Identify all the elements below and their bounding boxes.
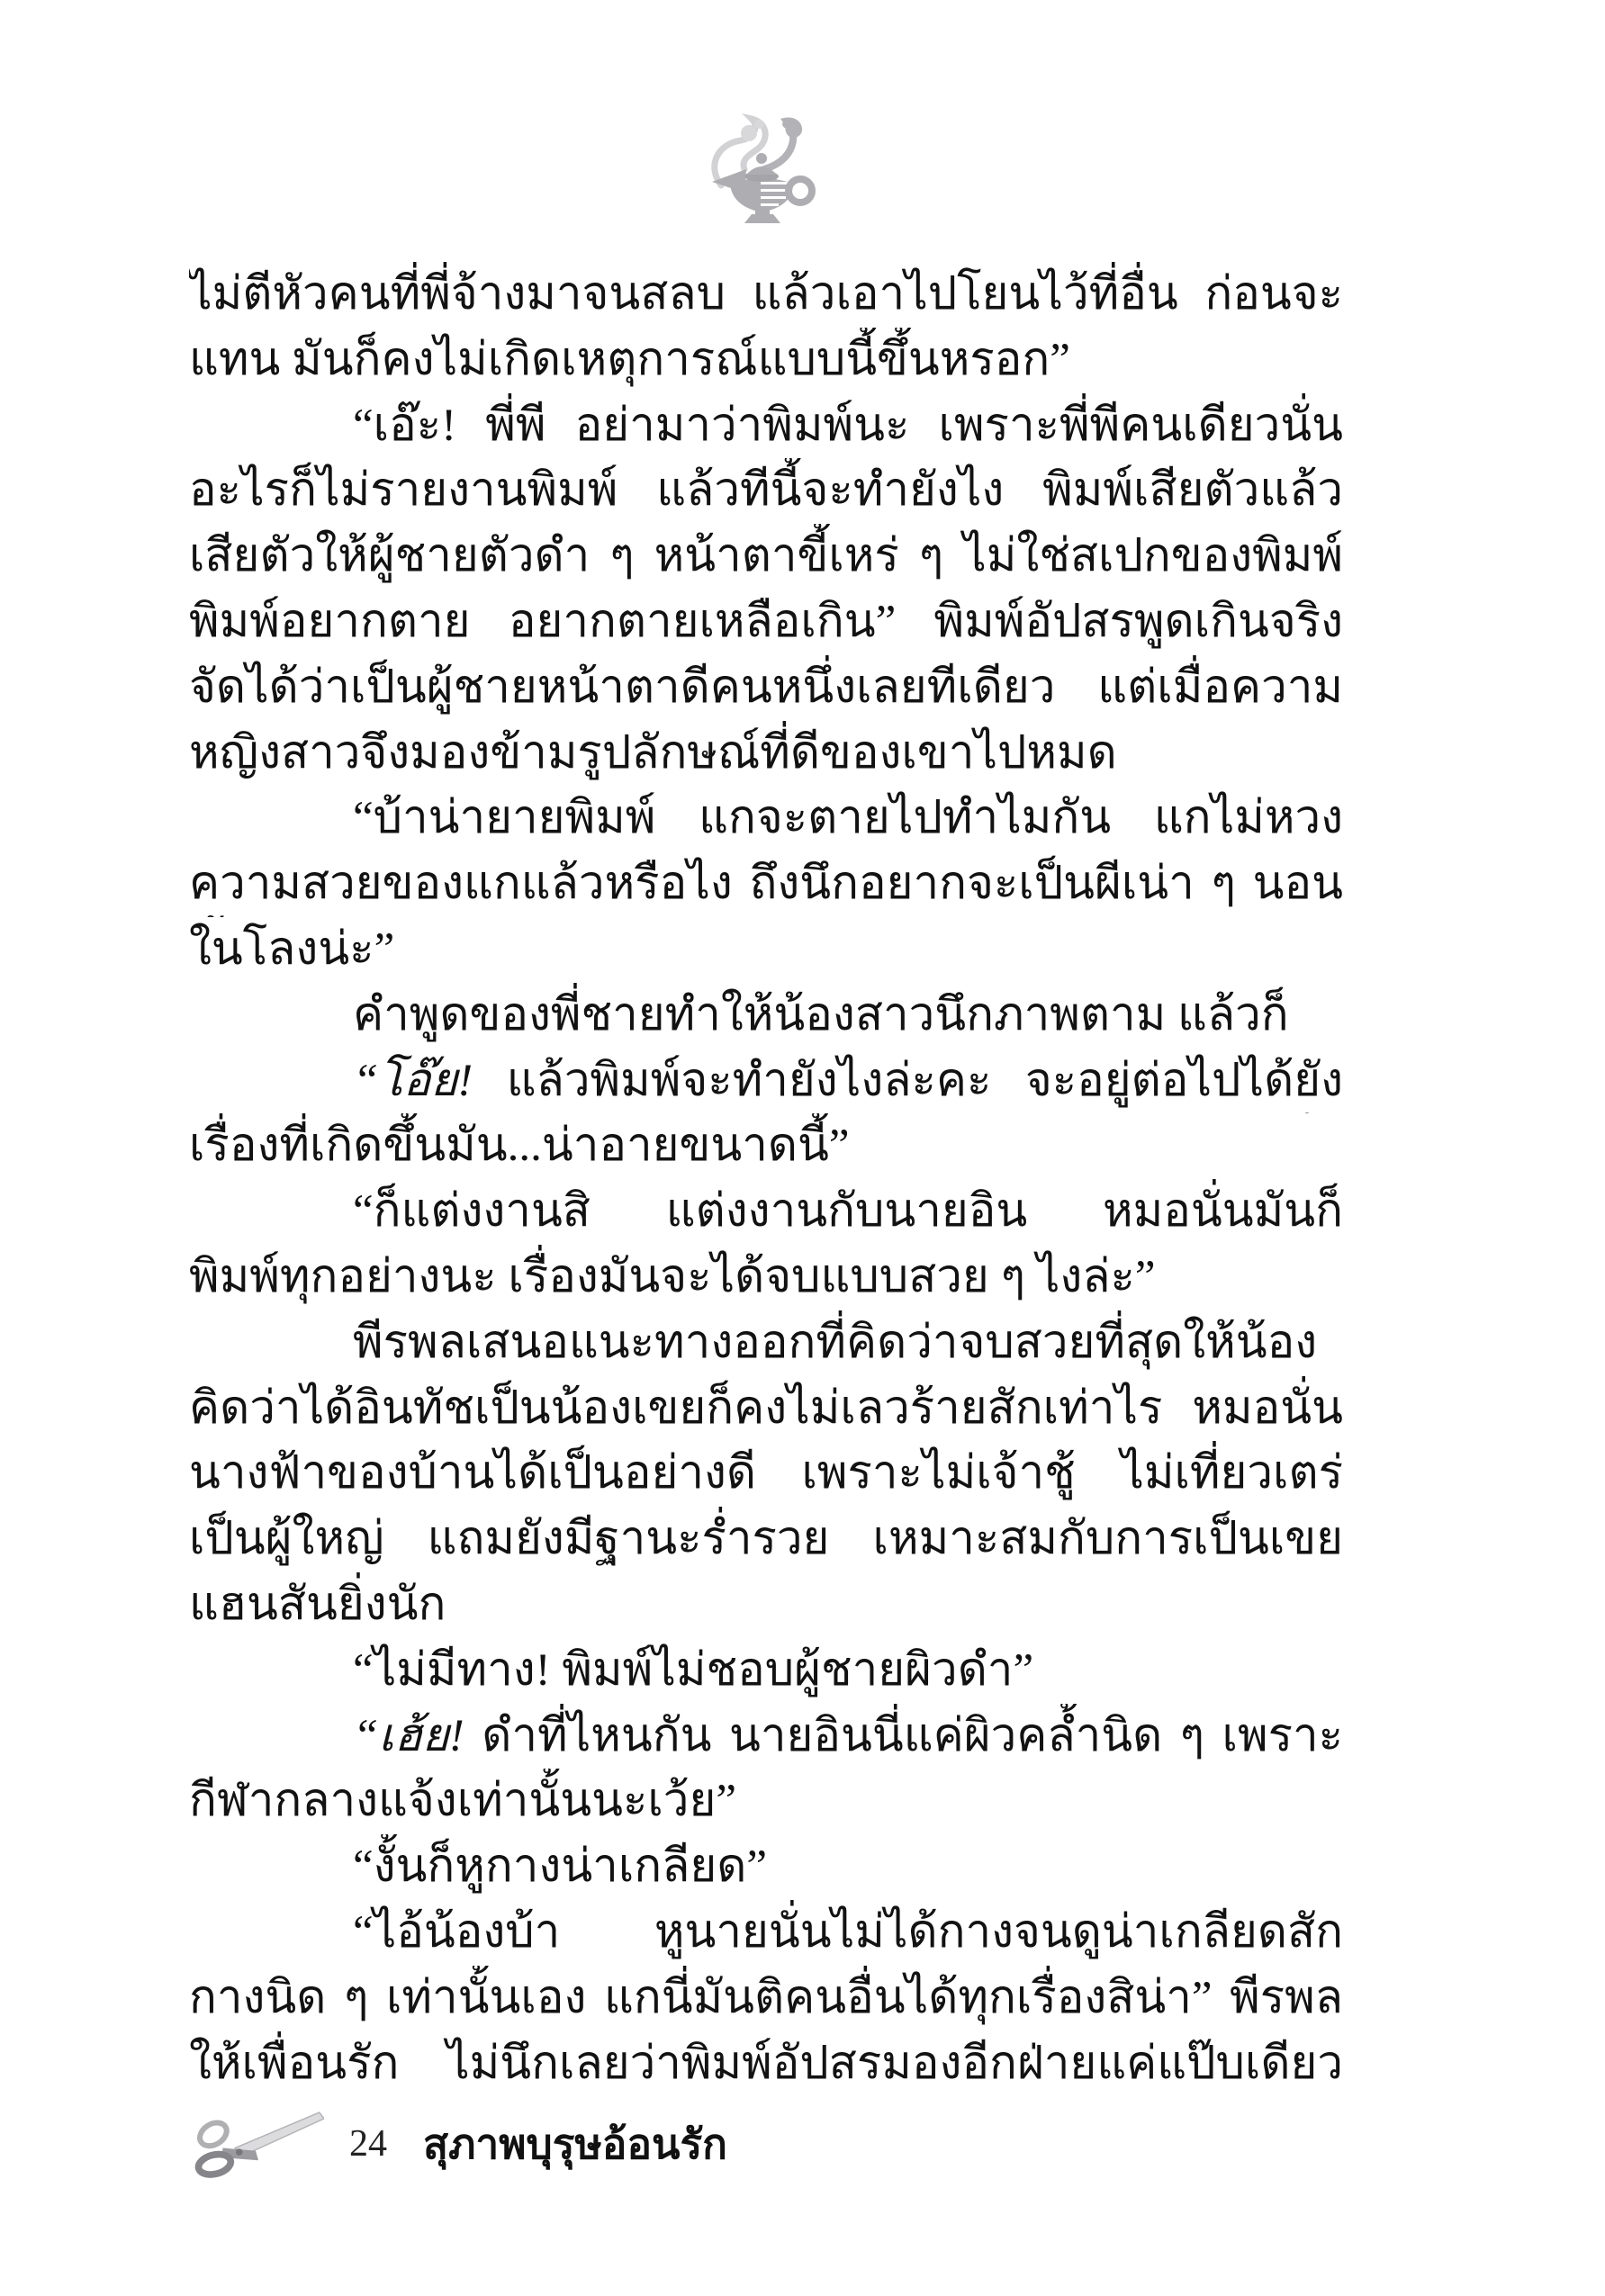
text-line: ความสวยของแกแล้วหรือไง ถึงนึกอยากจะเป็นผ…: [189, 851, 1343, 917]
text-segment: นางฟ้าของบ้านได้เป็นอย่างดี เพราะไม่เจ้า…: [189, 1448, 1343, 1507]
text-line: อะไรก็ไม่รายงานพิมพ์ แล้วทีนี้จะทำยังไง …: [189, 458, 1343, 524]
text-segment: เป็นผู้ใหญ่ แถมยังมีฐานะร่ำรวย เหมาะสมกั…: [189, 1514, 1343, 1572]
text-line: ในโลงน่ะ”: [189, 917, 1343, 983]
book-title: สุภาพบุรุษอ้อนรัก: [423, 2111, 727, 2177]
text-segment: ในโลงน่ะ”: [189, 924, 394, 975]
book-page: ไม่ตีหัวคนที่พี่จ้างมาจนสลบ แล้วเอาไปโยน…: [0, 0, 1605, 2296]
text-segment: หญิงสาวจึงมองข้ามรูปลักษณ์ที่ดีของเขาไปห…: [189, 728, 1117, 779]
text-line: พิมพ์อยากตาย อยากตายเหลือเกิน” พิมพ์อัปส…: [189, 590, 1343, 655]
text-segment: พิมพ์ทุกอย่างนะ เรื่องมันจะได้จบแบบสวย ๆ…: [189, 1252, 1156, 1302]
text-line: “ไม่มีทาง! พิมพ์ไม่ชอบผู้ชายผิวดำ”: [189, 1638, 1343, 1704]
text-segment: “บ้าน่ายายพิมพ์ แกจะตายไปทำไมกัน แกไม่หว…: [353, 793, 1343, 851]
text-line: คิดว่าได้อินทัชเป็นน้องเขยก็คงไม่เลวร้าย…: [189, 1376, 1343, 1442]
text-segment: ไม่ตีหัวคนที่พี่จ้างมาจนสลบ แล้วเอาไปโยน…: [189, 269, 1343, 328]
text-segment: “ไอ้น้องบ้า หูนายนั่นไม่ได้กางจนดูน่าเกล…: [353, 1907, 1343, 1966]
text-segment: พิมพ์อยากตาย อยากตายเหลือเกิน” พิมพ์อัปส…: [189, 597, 1343, 655]
text-line: ให้เพื่อนรัก ไม่นึกเลยว่าพิมพ์อัปสรมองอี…: [189, 2031, 1343, 2097]
text-line: เป็นผู้ใหญ่ แถมยังมีฐานะร่ำรวย เหมาะสมกั…: [189, 1507, 1343, 1572]
text-segment: จัดได้ว่าเป็นผู้ชายหน้าตาดีคนหนึ่งเลยทีเ…: [189, 662, 1343, 721]
text-line: “เฮ้ย! ดำที่ไหนกัน นายอินนี่แค่ผิวคล้ำนิ…: [189, 1704, 1343, 1769]
text-segment: เสียตัวให้ผู้ชายตัวดำ ๆ หน้าตาขี้เหร่ ๆ …: [189, 531, 1343, 590]
text-line: “โอ๊ย! แล้วพิมพ์จะทำยังไงล่ะคะ จะอยู่ต่อ…: [189, 1049, 1343, 1114]
text-segment: อะไรก็ไม่รายงานพิมพ์ แล้วทีนี้จะทำยังไง …: [189, 465, 1343, 524]
text-line: คำพูดของพี่ชายทำให้น้องสาวนึกภาพตาม แล้ว…: [189, 983, 1343, 1049]
text-line: พีรพลเสนอแนะทางออกที่คิดว่าจบสวยที่สุดให…: [189, 1310, 1343, 1376]
text-segment: ดำที่ไหนกัน นายอินนี่แค่ผิวคล้ำนิด ๆ เพร…: [353, 1711, 1343, 1769]
text-segment: แทน มันก็คงไม่เกิดเหตุการณ์แบบนี้ขึ้นหรอ…: [189, 335, 1070, 385]
scissors-icon: [187, 2106, 324, 2182]
text-line: “เอ๊ะ! พี่พี อย่ามาว่าพิมพ์นะ เพราะพี่พี…: [189, 393, 1343, 459]
text-line: “ไอ้น้องบ้า หูนายนั่นไม่ได้กางจนดูน่าเกล…: [189, 1900, 1343, 1966]
text-line: แทน มันก็คงไม่เกิดเหตุการณ์แบบนี้ขึ้นหรอ…: [189, 328, 1343, 393]
text-segment: ความสวยของแกแล้วหรือไง ถึงนึกอยากจะเป็นผ…: [189, 859, 1343, 917]
text-line: แฮนสันยิ่งนัก: [189, 1572, 1343, 1638]
page-number: 24: [349, 2122, 387, 2165]
text-segment: แฮนสันยิ่งนัก: [189, 1580, 446, 1630]
text-segment: คิดว่าได้อินทัชเป็นน้องเขยก็คงไม่เลวร้าย…: [189, 1383, 1343, 1442]
text-line: ไม่ตีหัวคนที่พี่จ้างมาจนสลบ แล้วเอาไปโยน…: [189, 262, 1343, 328]
text-segment: กีฬากลางแจ้งเท่านั้นนะเว้ย”: [189, 1776, 736, 1826]
page-footer: 24 สุภาพบุรุษอ้อนรัก: [187, 2102, 727, 2185]
text-segment: เรื่องที่เกิดขึ้นมัน...น่าอายขนาดนี้”: [189, 1121, 850, 1171]
text-line: “บ้าน่ายายพิมพ์ แกจะตายไปทำไมกัน แกไม่หว…: [189, 786, 1343, 851]
text-line: เรื่องที่เกิดขึ้นมัน...น่าอายขนาดนี้”: [189, 1113, 1343, 1179]
text-line: “ก็แต่งงานสิ แต่งงานกับนายอิน หมอนั่นมัน…: [189, 1179, 1343, 1245]
text-line: หญิงสาวจึงมองข้ามรูปลักษณ์ที่ดีของเขาไปห…: [189, 721, 1343, 787]
text-line: กีฬากลางแจ้งเท่านั้นนะเว้ย”: [189, 1769, 1343, 1834]
text-segment: “ไม่มีทาง! พิมพ์ไม่ชอบผู้ชายผิวดำ”: [353, 1645, 1033, 1696]
text-line: เสียตัวให้ผู้ชายตัวดำ ๆ หน้าตาขี้เหร่ ๆ …: [189, 524, 1343, 590]
italic-text-segment: “เฮ้ย!: [353, 1711, 464, 1761]
text-line: กางนิด ๆ เท่านั้นเอง แกนี่มันติคนอื่นได้…: [189, 1966, 1343, 2031]
text-segment: พีรพลเสนอแนะทางออกที่คิดว่าจบสวยที่สุดให…: [353, 1318, 1343, 1376]
text-line: “งั้นก็หูกางน่าเกลียด”: [189, 1834, 1343, 1900]
italic-text-segment: “โอ๊ย!: [353, 1056, 473, 1106]
text-line: นางฟ้าของบ้านได้เป็นอย่างดี เพราะไม่เจ้า…: [189, 1441, 1343, 1507]
text-segment: คำพูดของพี่ชายทำให้น้องสาวนึกภาพตาม แล้ว…: [353, 990, 1289, 1049]
text-segment: “งั้นก็หูกางน่าเกลียด”: [353, 1841, 767, 1892]
text-segment: กางนิด ๆ เท่านั้นเอง แกนี่มันติคนอื่นได้…: [189, 1973, 1343, 2031]
text-segment: “ก็แต่งงานสิ แต่งงานกับนายอิน หมอนั่นมัน…: [353, 1186, 1343, 1245]
text-block: ไม่ตีหัวคนที่พี่จ้างมาจนสลบ แล้วเอาไปโยน…: [189, 262, 1343, 2096]
text-line: พิมพ์ทุกอย่างนะ เรื่องมันจะได้จบแบบสวย ๆ…: [189, 1245, 1343, 1310]
text-segment: “เอ๊ะ! พี่พี อย่ามาว่าพิมพ์นะ เพราะพี่พี…: [353, 401, 1343, 459]
genie-lamp-ornament-icon: [705, 113, 824, 229]
text-segment: แล้วพิมพ์จะทำยังไงล่ะคะ จะอยู่ต่อไปได้ยั…: [353, 1056, 1343, 1114]
text-segment: ให้เพื่อนรัก ไม่นึกเลยว่าพิมพ์อัปสรมองอี…: [189, 2039, 1343, 2097]
text-line: จัดได้ว่าเป็นผู้ชายหน้าตาดีคนหนึ่งเลยทีเ…: [189, 655, 1343, 721]
